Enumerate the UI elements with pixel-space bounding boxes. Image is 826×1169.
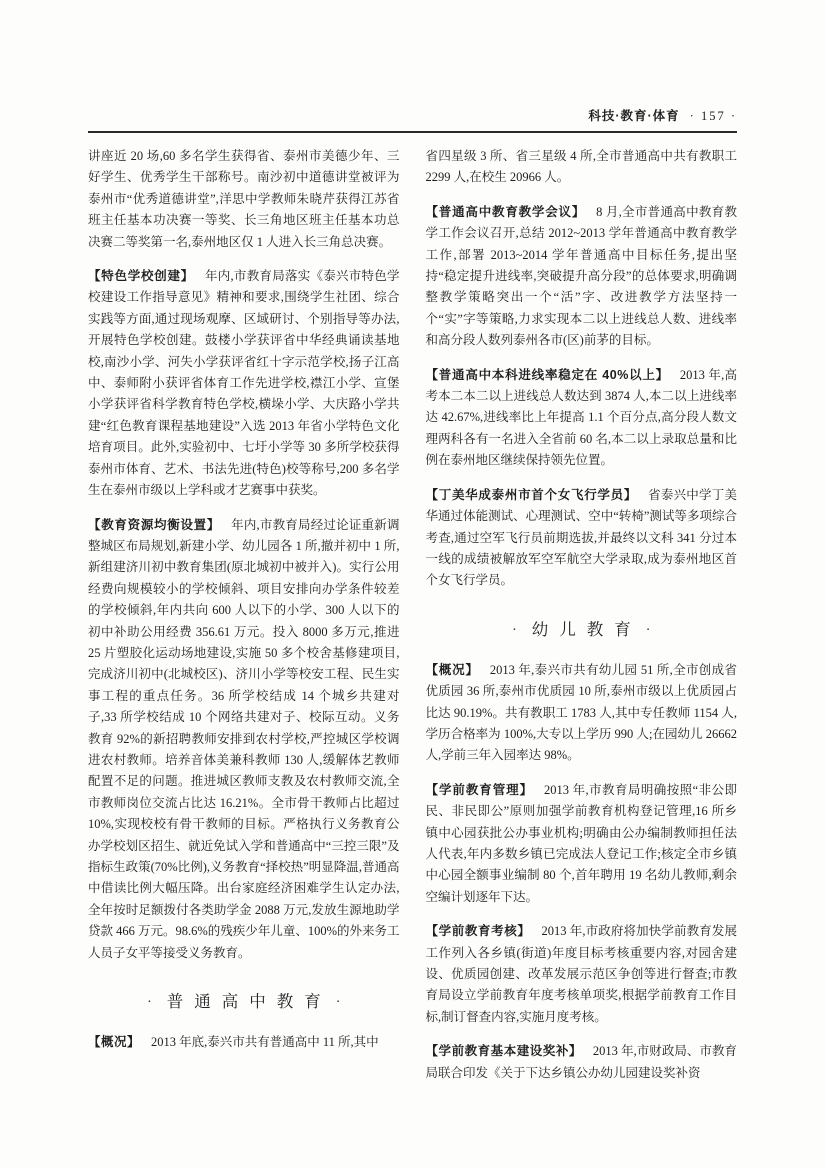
heading-text: 普通高中教育 xyxy=(167,992,332,1011)
heading-left-dot: · xyxy=(512,623,517,638)
heading-right-dot: · xyxy=(336,995,341,1010)
page-header: 科技·教育·体育 · 157 · xyxy=(88,106,737,133)
entry-text: 2013 年,市教育局明确按照“非公即民、非民即公”原则加强学前教育机构登记管理… xyxy=(426,783,738,904)
entry-title: 【概况】 xyxy=(88,1035,140,1049)
heading-right-dot: · xyxy=(646,623,651,638)
entry-text: 8 月,全市普通高中教育教学工作会议召开,总结 2012~2013 学年普通高中… xyxy=(426,205,738,347)
continuation-paragraph: 讲座近 20 场,60 多名学生获得省、泰州市美德少年、三好学生、优秀学生干部称… xyxy=(88,146,400,253)
entry-text: 年内,市教育局落实《泰兴市特色学校建设工作指导意见》精神和要求,围绕学生社团、综… xyxy=(88,269,400,497)
left-column: 讲座近 20 场,60 多名学生获得省、泰州市美德少年、三好学生、优秀学生干部称… xyxy=(88,146,400,1097)
entry-overview-preschool: 【概况】2013 年,泰兴市共有幼儿园 51 所,全市创成省优质园 36 所,泰… xyxy=(426,660,738,767)
section-heading-preschool-education: ·幼儿教育· xyxy=(426,616,738,640)
entry-preschool-education-assessment: 【学前教育考核】2013 年,市政府将加快学前教育发展工作列入各乡镇(街道)年度… xyxy=(426,921,738,1028)
entry-text: 2013 年底,泰兴市共有普通高中 11 所,其中 xyxy=(151,1035,379,1049)
entry-text: 2013 年,高考本二本二以上进线总人数达到 3874 人,本二以上进线率达 4… xyxy=(426,368,738,468)
header-rubric: 科技·教育·体育 xyxy=(588,106,679,124)
continuation-paragraph: 省四星级 3 所、省三星级 4 所,全市普通高中共有教职工 2299 人,在校生… xyxy=(426,146,738,189)
entry-title: 【丁美华成泰州市首个女飞行学员】 xyxy=(426,488,638,502)
entry-text: 年内,市教育局经过论证重新调整城区布局规划,新建小学、幼儿园各 1 所,撤并初中… xyxy=(88,518,400,960)
entry-preschool-construction-subsidy: 【学前教育基本建设奖补】2013 年,市财政局、市教育局联合印发《关于下达乡镇公… xyxy=(426,1041,738,1084)
page-number: · 157 · xyxy=(690,109,737,124)
entry-senior-high-teaching-conference: 【普通高中教育教学会议】8 月,全市普通高中教育教学工作会议召开,总结 2012… xyxy=(426,202,738,352)
entry-title: 【普通高中教育教学会议】 xyxy=(426,205,586,219)
heading-text: 幼儿教育 xyxy=(532,620,642,639)
entry-preschool-education-management: 【学前教育管理】2013 年,市教育局明确按照“非公即民、非民即公”原则加强学前… xyxy=(426,780,738,908)
entry-overview-senior-high: 【概况】2013 年底,泰兴市共有普通高中 11 所,其中 xyxy=(88,1032,400,1053)
entry-first-female-pilot-cadet: 【丁美华成泰州市首个女飞行学员】省泰兴中学丁美华通过体能测试、心理测试、空中“转… xyxy=(426,485,738,592)
entry-title: 【特色学校创建】 xyxy=(88,269,194,283)
right-column: 省四星级 3 所、省三星级 4 所,全市普通高中共有教职工 2299 人,在校生… xyxy=(426,146,738,1097)
entry-title: 【学前教育管理】 xyxy=(426,783,534,797)
entry-title: 【学前教育基本建设奖补】 xyxy=(426,1044,582,1058)
two-column-body: 讲座近 20 场,60 多名学生获得省、泰州市美德少年、三好学生、优秀学生干部称… xyxy=(88,146,737,1097)
entry-title: 【学前教育考核】 xyxy=(426,924,531,938)
entry-text: 2013 年,泰兴市共有幼儿园 51 所,全市创成省优质园 36 所,泰州市优质… xyxy=(426,663,738,763)
entry-title: 【普通高中本科进线率稳定在 40%以上】 xyxy=(426,368,669,382)
section-heading-senior-high-education: ·普通高中教育· xyxy=(88,988,400,1012)
entry-title: 【教育资源均衡设置】 xyxy=(88,518,220,532)
entry-text: 省泰兴中学丁美华通过体能测试、心理测试、空中“转椅”测试等多项综合考查,通过空军… xyxy=(426,488,738,588)
heading-left-dot: · xyxy=(147,995,152,1010)
entry-text: 2013 年,市政府将加快学前教育发展工作列入各乡镇(街道)年度目标考核重要内容… xyxy=(426,924,738,1024)
entry-title: 【概况】 xyxy=(426,663,479,677)
document-page: 科技·教育·体育 · 157 · 讲座近 20 场,60 多名学生获得省、泰州市… xyxy=(0,0,826,1169)
entry-special-school-creation: 【特色学校创建】年内,市教育局落实《泰兴市特色学校建设工作指导意见》精神和要求,… xyxy=(88,266,400,501)
entry-undergraduate-admission-rate: 【普通高中本科进线率稳定在 40%以上】2013 年,高考本二本二以上进线总人数… xyxy=(426,365,738,472)
entry-education-resource-balance: 【教育资源均衡设置】年内,市教育局经过论证重新调整城区布局规划,新建小学、幼儿园… xyxy=(88,515,400,965)
